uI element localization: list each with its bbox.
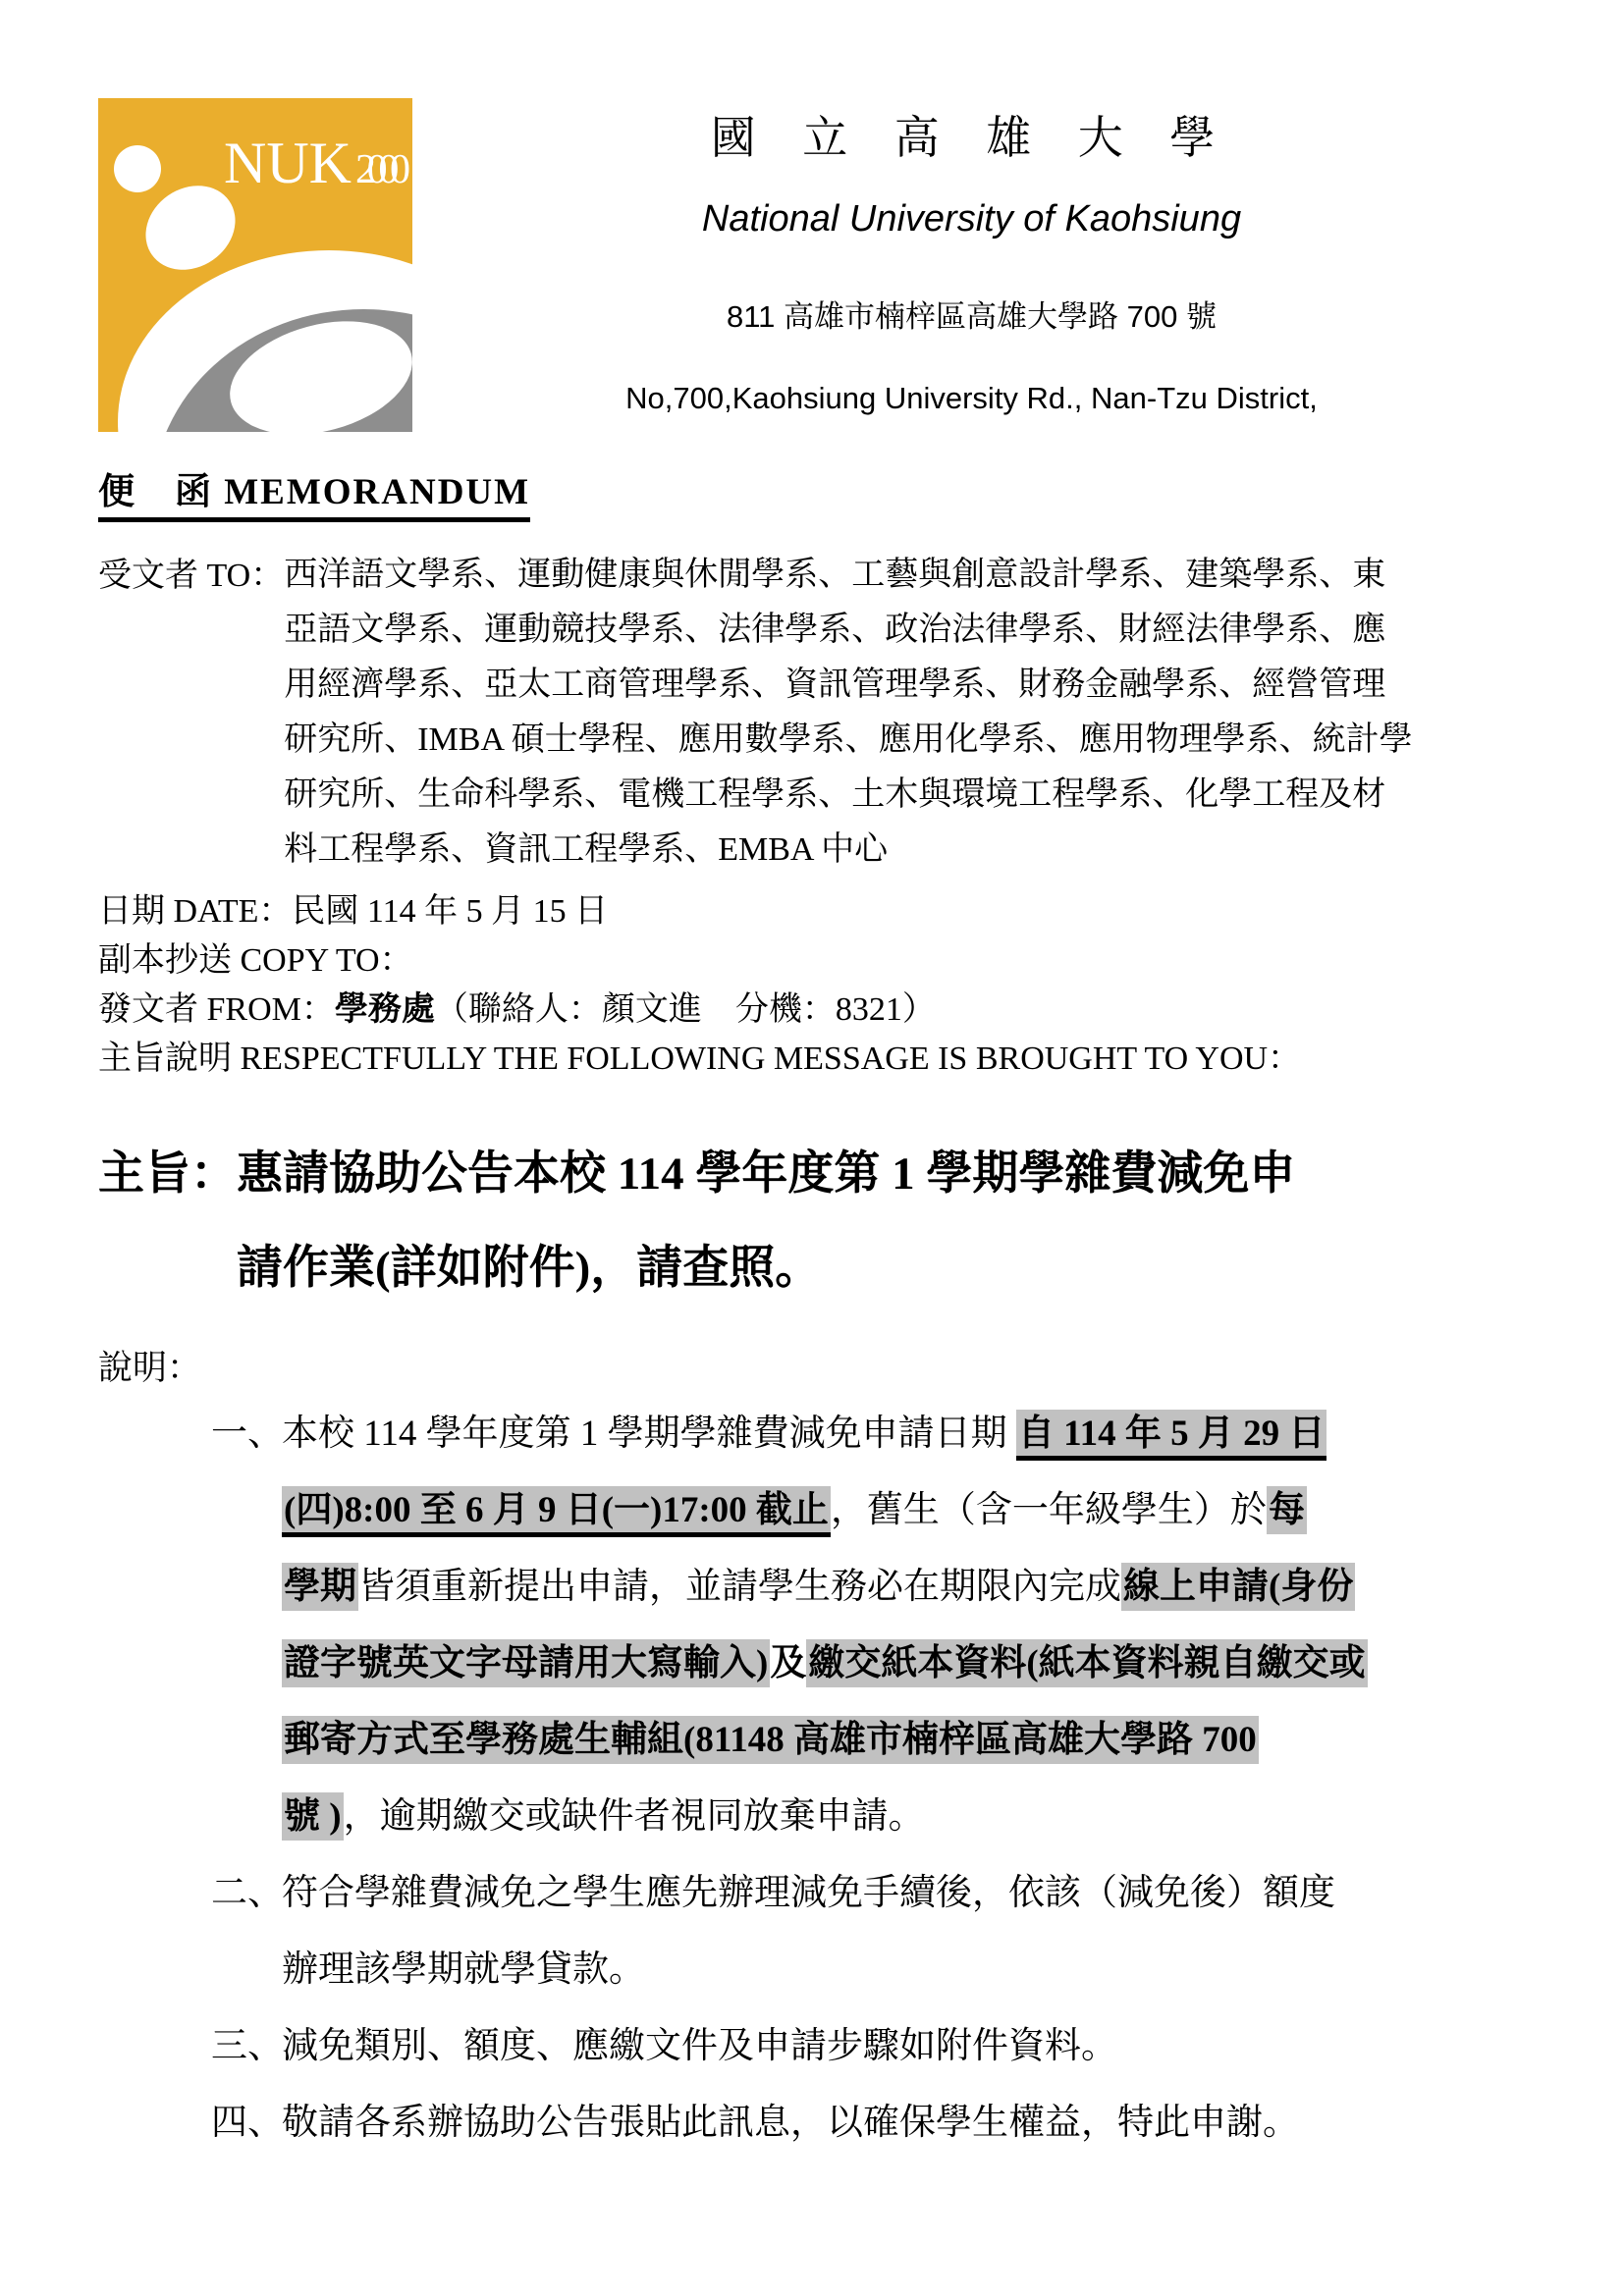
nuk-logo-icon: NUK 2000	[98, 98, 412, 432]
text-segment: 皆須重新提出申請，並請學生務必在期限內完成	[358, 1567, 1121, 1607]
memo-fields: 日期 DATE：民國 114 年 5 月 15 日 副本抄送 COPY TO： …	[98, 887, 1531, 1084]
highlighted-text: (四)8:00 至 6 月 9 日(一)17:00 截止	[282, 1486, 831, 1537]
recipients-line: 料工程學系、資訊工程學系、EMBA 中心	[284, 823, 1531, 878]
memo-title-zh: 便 函	[98, 472, 213, 512]
field-copy-to: 副本抄送 COPY TO：	[98, 936, 1531, 986]
text-segment: 本校 114 學年度第 1 學期學雜費減免申請日期	[282, 1414, 1016, 1454]
subject: 主旨： 惠請協助公告本校 114 學年度第 1 學期學雜費減免申 請作業(詳如附…	[98, 1127, 1531, 1315]
field-copy-to-label: 副本抄送 COPY TO：	[98, 942, 413, 979]
explanation-label: 說明：	[98, 1341, 1531, 1396]
item-text: 符合學雜費減免之學生應先辦理減免手續後，依該（減免後）額度 辦理該學期就學貸款。	[282, 1855, 1531, 2008]
highlighted-text: 線上申請(身份	[1121, 1563, 1355, 1611]
item-number: 一、	[211, 1396, 282, 1855]
field-recipients-value: 西洋語文學系、運動健康與休閒學系、工藝與創意設計學系、建築學系、東 亞語文學系、…	[284, 548, 1531, 878]
letterhead-text: 國 立 高 雄 大 學 National University of Kaohs…	[412, 98, 1531, 416]
recipients-line: 研究所、IMBA 碩士學程、應用數學系、應用化學系、應用物理學系、統計學	[284, 713, 1531, 768]
field-note: 主旨說明 RESPECTFULLY THE FOLLOWING MESSAGE …	[98, 1035, 1531, 1084]
item-line: 號 )，逾期繳交或缺件者視同放棄申請。	[282, 1779, 1531, 1855]
letterhead: NUK 2000 國 立 高 雄 大 學 National University…	[98, 98, 1531, 432]
field-from-department: 學務處	[335, 991, 435, 1028]
item-line: 敬請各系辦協助公告張貼此訊息，以確保學生權益，特此申謝。	[282, 2085, 1531, 2162]
text-segment: ，逾期繳交或缺件者視同放棄申請。	[344, 1796, 925, 1837]
explanation-item-3: 三、 減免類別、額度、應繳文件及申請步驟如附件資料。	[211, 2008, 1531, 2085]
field-from-contact: （聯絡人：顏文進 分機：8321）	[435, 991, 936, 1028]
memo-page: NUK 2000 國 立 高 雄 大 學 National University…	[0, 0, 1624, 2296]
field-from-label: 發文者 FROM：	[98, 991, 335, 1028]
recipients-line: 用經濟學系、亞太工商管理學系、資訊管理學系、財務金融學系、經營管理	[284, 658, 1531, 713]
subject-line: 惠請協助公告本校 114 學年度第 1 學期學雜費減免申	[237, 1127, 1531, 1221]
highlighted-text: 號 )	[282, 1792, 344, 1841]
item-text: 本校 114 學年度第 1 學期學雜費減免申請日期 自 114 年 5 月 29…	[282, 1396, 1531, 1855]
item-number: 二、	[211, 1855, 282, 2008]
item-line: 辦理該學期就學貸款。	[282, 1932, 1531, 2008]
item-text: 敬請各系辦協助公告張貼此訊息，以確保學生權益，特此申謝。	[282, 2085, 1531, 2162]
memo-title-en: MEMORANDUM	[224, 472, 530, 512]
item-text: 減免類別、額度、應繳文件及申請步驟如附件資料。	[282, 2008, 1531, 2085]
explanation-item-2: 二、 符合學雜費減免之學生應先辦理減免手續後，依該（減免後）額度 辦理該學期就學…	[211, 1855, 1531, 2008]
field-date: 日期 DATE：民國 114 年 5 月 15 日	[98, 887, 1531, 936]
item-number: 四、	[211, 2085, 282, 2162]
address-en: No,700,Kaohsiung University Rd., Nan-Tzu…	[412, 381, 1531, 416]
subject-text: 惠請協助公告本校 114 學年度第 1 學期學雜費減免申 請作業(詳如附件)，請…	[237, 1127, 1531, 1315]
subject-line: 請作業(詳如附件)，請查照。	[237, 1221, 1531, 1315]
item-line: 證字號英文字母請用大寫輸入)及繳交紙本資料(紙本資料親自繳交或	[282, 1626, 1531, 1702]
field-recipients-label: 受文者 TO：	[98, 548, 284, 878]
recipients-line: 西洋語文學系、運動健康與休閒學系、工藝與創意設計學系、建築學系、東	[284, 548, 1531, 603]
item-line: (四)8:00 至 6 月 9 日(一)17:00 截止，舊生（含一年級學生）於…	[282, 1472, 1531, 1549]
explanation-item-1: 一、 本校 114 學年度第 1 學期學雜費減免申請日期 自 114 年 5 月…	[211, 1396, 1531, 1855]
item-line: 郵寄方式至學務處生輔組(81148 高雄市楠梓區高雄大學路 700	[282, 1702, 1531, 1779]
item-line: 符合學雜費減免之學生應先辦理減免手續後，依該（減免後）額度	[282, 1855, 1531, 1932]
field-date-value: 民國 114 年 5 月 15 日	[292, 893, 608, 930]
explanation-item-4: 四、 敬請各系辦協助公告張貼此訊息，以確保學生權益，特此申謝。	[211, 2085, 1531, 2162]
field-from: 發文者 FROM：學務處（聯絡人：顏文進 分機：8321）	[98, 986, 1531, 1035]
subject-label: 主旨：	[98, 1127, 237, 1315]
item-line: 減免類別、額度、應繳文件及申請步驟如附件資料。	[282, 2008, 1531, 2085]
address-zh: 811 高雄市楠梓區高雄大學路 700 號	[412, 292, 1531, 336]
field-note-label: 主旨說明 RESPECTFULLY THE FOLLOWING MESSAGE …	[98, 1041, 1301, 1077]
logo-bubble-small	[114, 145, 161, 192]
logo-acronym: NUK	[224, 131, 352, 195]
logo-year: 2000	[355, 147, 410, 192]
highlighted-text: 每	[1267, 1486, 1307, 1534]
highlighted-text: 學期	[282, 1563, 358, 1611]
item-line: 本校 114 學年度第 1 學期學雜費減免申請日期 自 114 年 5 月 29…	[282, 1396, 1531, 1472]
highlighted-text: 郵寄方式至學務處生輔組(81148 高雄市楠梓區高雄大學路 700	[282, 1716, 1259, 1764]
text-segment: ，舊生（含一年級學生）於	[831, 1490, 1267, 1530]
highlighted-text: 證字號英文字母請用大寫輸入)	[282, 1639, 770, 1687]
recipients-line: 亞語文學系、運動競技學系、法律學系、政治法律學系、財經法律學系、應	[284, 603, 1531, 658]
recipients-line: 研究所、生命科學系、電機工程學系、土木與環境工程學系、化學工程及材	[284, 768, 1531, 823]
highlighted-text: 繳交紙本資料(紙本資料親自繳交或	[806, 1639, 1367, 1687]
text-segment: 及	[770, 1643, 806, 1683]
item-line: 學期皆須重新提出申請，並請學生務必在期限內完成線上申請(身份	[282, 1549, 1531, 1626]
item-number: 三、	[211, 2008, 282, 2085]
field-date-label: 日期 DATE：	[98, 893, 292, 930]
highlighted-text: 自 114 年 5 月 29 日	[1016, 1410, 1326, 1461]
university-name-zh: 國 立 高 雄 大 學	[412, 102, 1531, 167]
field-recipients: 受文者 TO： 西洋語文學系、運動健康與休閒學系、工藝與創意設計學系、建築學系、…	[98, 548, 1531, 878]
memo-title: 便 函 MEMORANDUM	[98, 461, 530, 522]
university-name-en: National University of Kaohsiung	[412, 198, 1531, 240]
